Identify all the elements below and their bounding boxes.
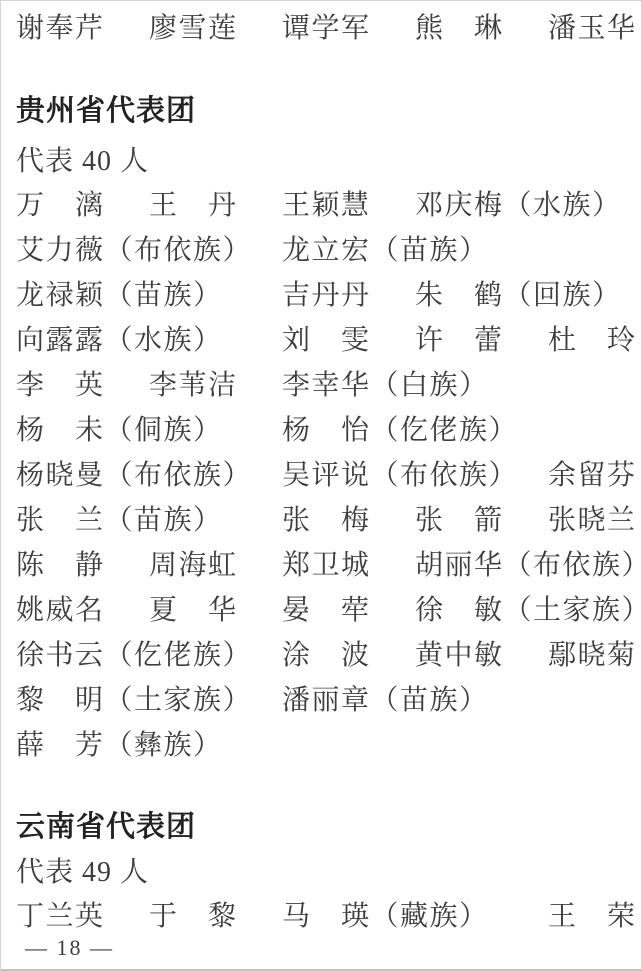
delegate-name: 徐 敏（土家族） — [415, 595, 642, 627]
delegate-name: 夏 华 — [149, 595, 238, 627]
delegate-name: 杨晓曼（布依族） — [16, 460, 252, 492]
delegate-name: 熊 琳 — [415, 13, 504, 45]
delegate-name: 杨 未（侗族） — [16, 415, 223, 447]
delegate-name: 许 蕾 — [415, 325, 504, 357]
section-title-yunnan: 云南省代表团 — [1, 811, 641, 843]
delegate-name: 周海虹 — [149, 550, 238, 582]
delegate-name: 马 瑛（藏族） — [282, 901, 489, 933]
delegate-name: 陈 静 — [16, 550, 105, 582]
delegate-name: 黎 明（土家族） — [16, 685, 252, 717]
delegate-name: 徐书云（仡佬族） — [16, 640, 252, 672]
delegate-name: 涂 波 — [282, 640, 371, 672]
name-row: 杨晓曼（布依族）吴评说（布依族）余留芬 — [1, 460, 641, 505]
name-row: 杨 未（侗族）杨 怡（仡佬族） — [1, 415, 641, 460]
delegate-name: 李 英 — [16, 370, 105, 402]
document-page: 谢奉芹廖雪莲谭学军熊 琳潘玉华 贵州省代表团 代表 40 人 万 漓王 丹王颖慧… — [0, 0, 642, 971]
name-row: 向露露（水族）刘 雯许 蕾杜 玲 — [1, 325, 641, 370]
name-row: 黎 明（土家族）潘丽章（苗族） — [1, 685, 641, 730]
delegate-name: 艾力薇（布依族） — [16, 235, 252, 267]
delegate-name: 潘丽章（苗族） — [282, 685, 489, 717]
delegate-rows-guizhou: 万 漓王 丹王颖慧邓庆梅（水族）艾力薇（布依族）龙立宏（苗族）龙禄颖（苗族）吉丹… — [1, 190, 641, 775]
delegate-name: 王 荣 — [548, 901, 637, 933]
delegate-name: 晏 荦 — [282, 595, 371, 627]
delegate-name: 吉丹丹 — [282, 280, 371, 312]
delegate-name: 李苇洁 — [149, 370, 238, 402]
name-row: 薛 芳（彝族） — [1, 730, 641, 775]
continuation-names-row: 谢奉芹廖雪莲谭学军熊 琳潘玉华 — [1, 13, 641, 58]
name-row: 徐书云（仡佬族）涂 波黄中敏鄢晓菊 — [1, 640, 641, 685]
delegate-name: 王颖慧 — [282, 190, 371, 222]
section-title-guizhou: 贵州省代表团 — [1, 95, 641, 127]
delegate-name: 张 兰（苗族） — [16, 505, 223, 537]
delegate-name: 薛 芳（彝族） — [16, 730, 223, 762]
name-row: 龙禄颖（苗族）吉丹丹朱 鹤（回族） — [1, 280, 641, 325]
delegate-name: 吴评说（布依族） — [282, 460, 518, 492]
name-row: 李 英李苇洁李幸华（白族） — [1, 370, 641, 415]
delegate-name: 张 箭 — [415, 505, 504, 537]
name-row: 陈 静周海虹郑卫城胡丽华（布依族） — [1, 550, 641, 595]
delegate-count-yunnan: 代表 49 人 — [1, 857, 641, 889]
delegate-name: 杜 玲 — [548, 325, 637, 357]
name-row: 谢奉芹廖雪莲谭学军熊 琳潘玉华 — [1, 13, 641, 58]
delegate-name: 龙禄颖（苗族） — [16, 280, 223, 312]
delegate-name: 余留芬 — [548, 460, 637, 492]
delegate-name: 龙立宏（苗族） — [282, 235, 489, 267]
delegate-name: 潘玉华 — [548, 13, 637, 45]
delegate-name: 廖雪莲 — [149, 13, 238, 45]
name-row: 姚威名夏 华晏 荦徐 敏（土家族） — [1, 595, 641, 640]
delegate-name: 杨 怡（仡佬族） — [282, 415, 518, 447]
delegate-name: 李幸华（白族） — [282, 370, 489, 402]
delegate-name: 谢奉芹 — [16, 13, 105, 45]
name-row: 张 兰（苗族）张 梅张 箭张晓兰 — [1, 505, 641, 550]
delegate-name: 于 黎 — [149, 901, 238, 933]
delegate-name: 丁兰英 — [16, 901, 105, 933]
delegate-name: 胡丽华（布依族） — [415, 550, 642, 582]
delegate-name: 鄢晓菊 — [548, 640, 637, 672]
page-number: — 18 — — [25, 935, 114, 961]
delegate-name: 谭学军 — [282, 13, 371, 45]
delegate-name: 姚威名 — [16, 595, 105, 627]
delegate-name: 朱 鹤（回族） — [415, 280, 622, 312]
delegate-name: 王 丹 — [149, 190, 238, 222]
delegate-name: 张 梅 — [282, 505, 371, 537]
delegate-name: 张晓兰 — [548, 505, 637, 537]
delegate-count-guizhou: 代表 40 人 — [1, 146, 641, 178]
delegate-name: 万 漓 — [16, 190, 105, 222]
delegate-name: 郑卫城 — [282, 550, 371, 582]
delegate-name: 刘 雯 — [282, 325, 371, 357]
delegate-name: 黄中敏 — [415, 640, 504, 672]
delegate-name: 邓庆梅（水族） — [415, 190, 622, 222]
delegate-name: 向露露（水族） — [16, 325, 223, 357]
name-row: 艾力薇（布依族）龙立宏（苗族） — [1, 235, 641, 280]
name-row: 万 漓王 丹王颖慧邓庆梅（水族） — [1, 190, 641, 235]
